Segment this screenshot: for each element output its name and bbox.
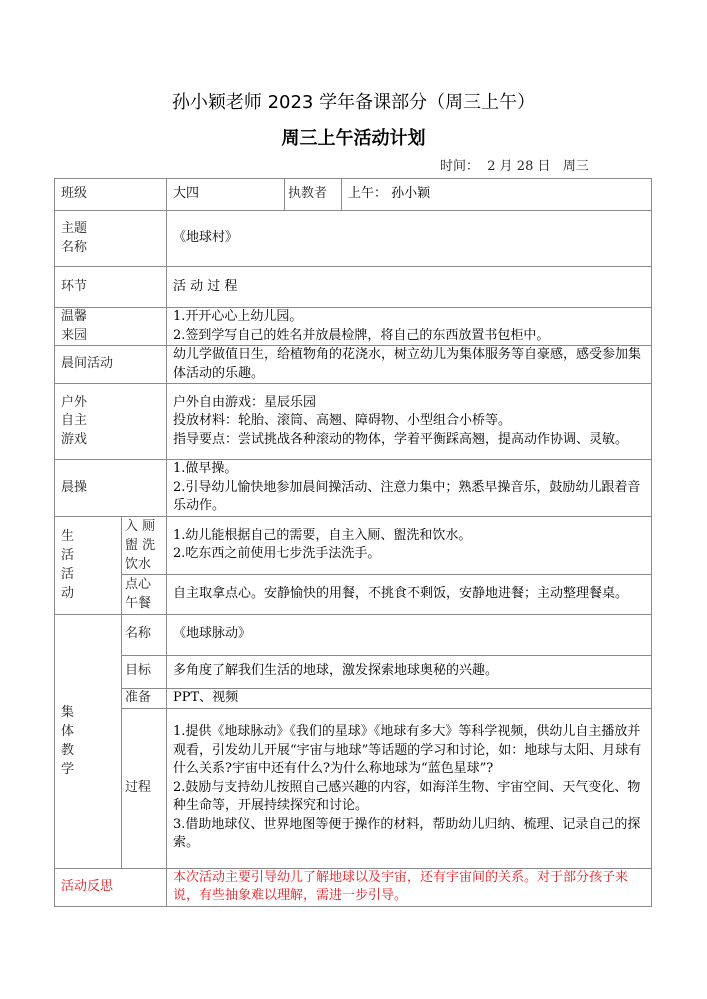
welcome-content: 1.开开心心上幼儿园。 2.签到学写自己的姓名并放晨检牌，将自己的东西放置书包柜… [167, 308, 652, 346]
welcome-label-line: 温馨 [61, 308, 160, 327]
morning-activity-content: 幼儿学做值日生，给植物角的花浇水，树立幼儿为集体服务等自豪感，感受参加集体活动的… [167, 346, 652, 384]
snack-label-text: 点心午餐 [125, 575, 163, 613]
activity-plan-table: 班级 大四 执教者 上午： 孙小颖 主题 名称 《地球村》 环节 活 动 过 程… [54, 178, 652, 907]
teaching-name-value: 《地球脉动》 [167, 614, 652, 655]
theme-row: 主题 名称 《地球村》 [55, 211, 652, 267]
teaching-row-name: 集体教学 名称 《地球脉动》 [55, 614, 652, 655]
reflection-row: 活动反思 本次活动主要引导幼儿了解地球以及宇宙，还有宇宙间的关系。对于部分孩子来… [55, 868, 652, 906]
welcome-label: 温馨 来园 [55, 308, 167, 346]
exercise-content: 1.做早操。 2.引导幼儿愉快地参加晨间操活动、注意力集中；熟悉早操音乐，鼓励幼… [167, 460, 652, 517]
plan-title: 周三上午活动计划 [0, 128, 707, 150]
toilet-line: 2.吃东西之前使用七步洗手法洗手。 [173, 545, 645, 564]
snack-label: 点心午餐 [122, 574, 167, 614]
outdoor-label-line: 户外 [61, 394, 160, 413]
outdoor-content: 户外自由游戏：星辰乐园 投放材料：轮胎、滚筒、高翘、障碍物、小型组合小桥等。 指… [167, 384, 652, 460]
group-teaching-label: 集体教学 [55, 614, 122, 868]
life-label-text: 生活活动 [61, 527, 75, 603]
segment-label: 环节 [55, 267, 167, 308]
teaching-process-label: 过程 [122, 708, 167, 868]
process-line: 2.鼓励与支持幼儿按照自己感兴趣的内容，如海洋生物、宇宙空间、天气变化、物种生命… [173, 779, 645, 816]
exercise-row: 晨操 1.做早操。 2.引导幼儿愉快地参加晨间操活动、注意力集中；熟悉早操音乐，… [55, 460, 652, 517]
exercise-line: 1.做早操。 [173, 460, 645, 479]
group-teaching-label-text: 集体教学 [61, 703, 75, 779]
exercise-line: 2.引导幼儿愉快地参加晨间操活动、注意力集中；熟悉早操音乐，鼓励幼儿跟着音乐动作… [173, 479, 645, 516]
info-row: 班级 大四 执教者 上午： 孙小颖 [55, 179, 652, 211]
outdoor-line: 投放材料：轮胎、滚筒、高翘、障碍物、小型组合小桥等。 [173, 412, 645, 431]
life-row-snack: 点心午餐 自主取拿点心。安静愉快的用餐，不挑食不剩饭，安静地进餐；主动整理餐桌。 [55, 574, 652, 614]
segment-row: 环节 活 动 过 程 [55, 267, 652, 308]
date-line: 时间： 2 月 28 日 周三 [440, 158, 589, 176]
welcome-label-line: 来园 [61, 327, 160, 346]
teacher-label: 执教者 [285, 179, 342, 211]
morning-activity-label: 晨间活动 [55, 346, 167, 384]
outdoor-label: 户外 自主 游戏 [55, 384, 167, 460]
life-label: 生活活动 [55, 516, 122, 614]
theme-label-line: 名称 [61, 239, 160, 258]
reflection-label: 活动反思 [55, 868, 167, 906]
toilet-content: 1.幼儿能根据自己的需要，自主入厕、盥洗和饮水。 2.吃东西之前使用七步洗手法洗… [167, 516, 652, 574]
toilet-line: 1.幼儿能根据自己的需要，自主入厕、盥洗和饮水。 [173, 527, 645, 546]
teaching-prep-label: 准备 [122, 688, 167, 708]
theme-label-line: 主题 [61, 220, 160, 239]
teaching-name-label: 名称 [122, 614, 167, 655]
welcome-line: 1.开开心心上幼儿园。 [173, 308, 645, 327]
process-line: 3.借助地球仪、世界地图等便于操作的材料，帮助幼儿归纳、梳理、记录自己的探索。 [173, 816, 645, 853]
outdoor-label-line: 游戏 [61, 431, 160, 450]
class-value: 大四 [167, 179, 285, 211]
snack-content: 自主取拿点心。安静愉快的用餐，不挑食不剩饭，安静地进餐；主动整理餐桌。 [167, 574, 652, 614]
welcome-row: 温馨 来园 1.开开心心上幼儿园。 2.签到学写自己的姓名并放晨检牌，将自己的东… [55, 308, 652, 346]
theme-label: 主题 名称 [55, 211, 167, 267]
teaching-prep-value: PPT、视频 [167, 688, 652, 708]
outdoor-row: 户外 自主 游戏 户外自由游戏：星辰乐园 投放材料：轮胎、滚筒、高翘、障碍物、小… [55, 384, 652, 460]
teaching-goal-value: 多角度了解我们生活的地球，激发探索地球奥秘的兴趣。 [167, 655, 652, 688]
theme-value: 《地球村》 [167, 211, 652, 267]
reflection-content: 本次活动主要引导幼儿了解地球以及宇宙，还有宇宙间的关系。对于部分孩子来说，有些抽… [167, 868, 652, 906]
life-row-toilet: 生活活动 入 厕盥 洗饮水 1.幼儿能根据自己的需要，自主入厕、盥洗和饮水。 2… [55, 516, 652, 574]
teaching-process-content: 1.提供《地球脉动》《我们的星球》《地球有多大》等科学视频，供幼儿自主播放并观看… [167, 708, 652, 868]
morning-activity-row: 晨间活动 幼儿学做值日生，给植物角的花浇水，树立幼儿为集体服务等自豪感，感受参加… [55, 346, 652, 384]
outdoor-label-line: 自主 [61, 412, 160, 431]
toilet-label: 入 厕盥 洗饮水 [122, 516, 167, 574]
outdoor-line: 指导要点：尝试挑战各种滚动的物体，学着平衡踩高翘，提高动作协调、灵敏。 [173, 431, 645, 450]
class-label: 班级 [55, 179, 167, 211]
segment-value: 活 动 过 程 [167, 267, 652, 308]
process-line: 1.提供《地球脉动》《我们的星球》《地球有多大》等科学视频，供幼儿自主播放并观看… [173, 723, 645, 779]
teaching-row-process: 过程 1.提供《地球脉动》《我们的星球》《地球有多大》等科学视频，供幼儿自主播放… [55, 708, 652, 868]
outdoor-line: 户外自由游戏：星辰乐园 [173, 394, 645, 413]
teaching-goal-label: 目标 [122, 655, 167, 688]
teaching-row-prep: 准备 PPT、视频 [55, 688, 652, 708]
teacher-value: 上午： 孙小颖 [342, 179, 652, 211]
document-title: 孙小颖老师 2023 学年备课部分（周三上午） [0, 92, 707, 114]
toilet-label-text: 入 厕盥 洗饮水 [125, 517, 163, 574]
welcome-line: 2.签到学写自己的姓名并放晨检牌，将自己的东西放置书包柜中。 [173, 327, 645, 346]
teaching-row-goal: 目标 多角度了解我们生活的地球，激发探索地球奥秘的兴趣。 [55, 655, 652, 688]
exercise-label: 晨操 [55, 460, 167, 517]
